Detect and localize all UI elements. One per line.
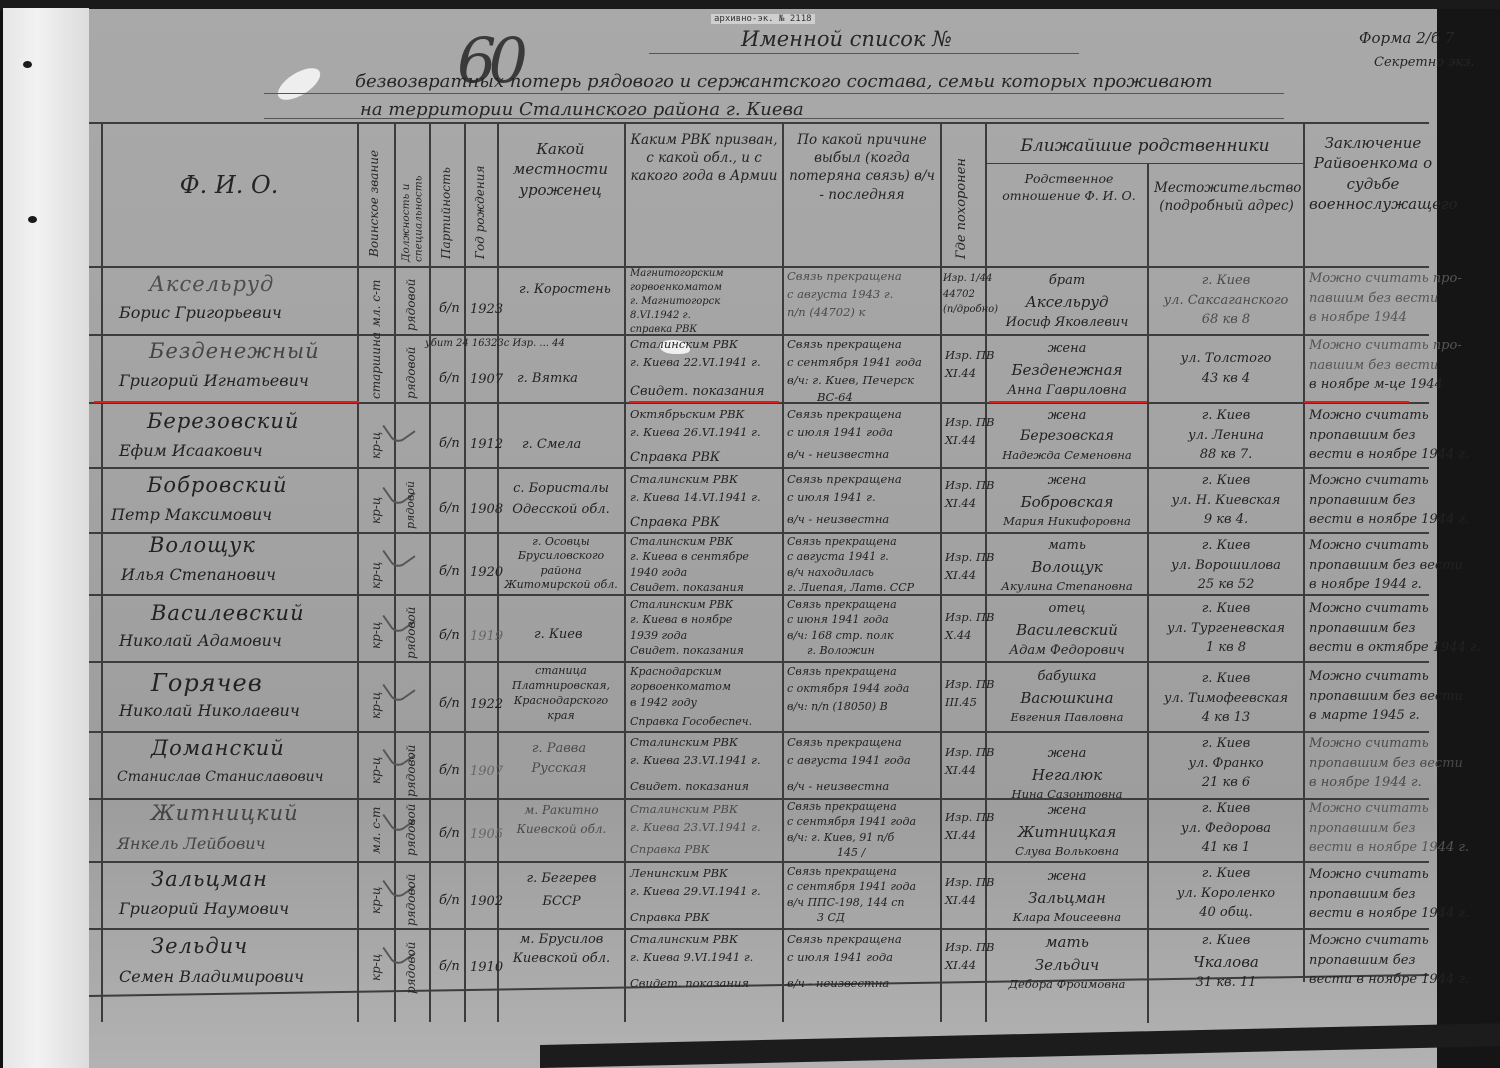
record-9-conclusion: Можно считатьпропавшим безвести в ноябре…	[1309, 799, 1469, 858]
record-4-party: б/п	[439, 499, 460, 519]
record-6-conscription: Сталинским РВКг. Киева в ноябре1939 года…	[630, 597, 744, 659]
col-border	[357, 122, 359, 1022]
header-conclusion: Заключение Райвоенкома о судьбе военносл…	[1309, 133, 1437, 214]
record-8-conclusion: Можно считатьпропавшим без вестив ноябре…	[1309, 734, 1463, 793]
record-8-conscription: Сталинским РВКг. Киева 23.VI.1941 г.Свид…	[630, 734, 761, 795]
record-5-party: б/п	[439, 562, 460, 582]
archive-stamp: архивно-эк. № 2118	[711, 14, 815, 24]
record-6-birth-year: 1919	[470, 627, 503, 647]
header-residence: Местожительство (подробный адрес)	[1154, 179, 1299, 215]
record-10-position: рядовой	[404, 871, 418, 926]
record-8-position: рядовой	[404, 737, 418, 797]
record-10-party: б/п	[439, 891, 460, 911]
record-6-relative: отецВасилевскийАдам Федорович	[987, 599, 1147, 661]
record-4-conscription: Сталинским РВКг. Киева 14.VI.1941 г.Спра…	[630, 471, 761, 533]
record-3-residence: г. Киевул. Ленина88 кв 7.	[1149, 406, 1303, 465]
record-5-conclusion: Можно считатьпропавшим без вестив ноябре…	[1309, 536, 1463, 595]
record-10-loss: Связь прекращенас сентября 1941 годав/ч …	[787, 864, 916, 926]
record-2-given-names: Григорий Игнатьевич	[119, 371, 309, 390]
record-2-conclusion: Можно считать про-павшим без вестив нояб…	[1309, 336, 1462, 395]
record-11-conscription: Сталинским РВКг. Киева 9.VI.1941 г.Свиде…	[630, 931, 753, 992]
record-8-birth-year: 1907	[470, 762, 503, 782]
record-6-residence: г. Киевул. Тургеневская1 кв 8	[1149, 599, 1303, 658]
header-relatives: Ближайшие родственники	[987, 135, 1303, 158]
record-1-birthplace: г. Коростень	[519, 280, 611, 300]
record-1-position: рядовой	[404, 271, 418, 331]
row-divider	[89, 861, 1429, 863]
record-8-relative: женаНегалюкНина Сазонтовна	[987, 744, 1147, 803]
record-10-conscription: Ленинским РВКг. Киева 29.VI.1941 г.Справ…	[630, 865, 761, 926]
record-6-birthplace: г. Киев	[534, 625, 583, 645]
record-11-birth-year: 1910	[470, 958, 503, 978]
record-1-residence: г. Киевул. Саксаганского68 кв 8	[1149, 271, 1303, 330]
record-11-given-names: Семен Владимирович	[119, 967, 304, 986]
record-6-party: б/п	[439, 626, 460, 646]
record-7-loss: Связь прекращенас октября 1944 годав/ч: …	[787, 664, 909, 716]
record-1-conclusion: Можно считать про-павшим без вестив нояб…	[1309, 269, 1462, 328]
highlight-underline-name	[94, 401, 359, 403]
ditto-checkmark-icon	[382, 412, 415, 445]
record-2-position: рядовой	[404, 337, 418, 399]
record-2-note: убит 24 16323с Изр. ... 44	[425, 336, 565, 352]
record-2-birthplace: г. Вятка	[517, 369, 578, 389]
document-title: Именной список №	[741, 27, 952, 51]
record-7-surname: Горячев	[151, 669, 263, 697]
record-3-conscription: Октябрьским РВКг. Киева 26.VI.1941 г.Спр…	[630, 406, 761, 468]
record-6-surname: Василевский	[151, 601, 305, 625]
record-10-birth-year: 1902	[470, 892, 503, 912]
table-top-border	[89, 122, 1429, 124]
record-11-position: рядовой	[404, 934, 418, 994]
record-11-relative: матьЗельдичДебора Фроимовна	[987, 931, 1147, 993]
col-border	[101, 122, 103, 1022]
record-4-conclusion: Можно считатьпропавшим безвести в ноябре…	[1309, 471, 1469, 530]
record-11-residence: г. КиевЧкалова31 кв. 11	[1149, 931, 1303, 993]
record-4-relative: женаБобровскаяМария Никифоровна	[987, 471, 1147, 530]
record-10-surname: Зальцман	[151, 867, 268, 891]
record-1-party: б/п	[439, 299, 460, 319]
header-conscription: Каким РВК призван, с какой обл., и с как…	[629, 131, 779, 186]
header-rank: Воинское звание	[367, 137, 381, 257]
record-2-rank: старшина	[369, 337, 383, 399]
record-9-residence: г. Киевул. Федорова41 кв 1	[1149, 799, 1303, 858]
record-10-given-names: Григорий Наумович	[119, 899, 289, 918]
highlight-underline-relative	[989, 401, 1147, 403]
record-10-residence: г. Киевул. Короленко40 общ.	[1149, 864, 1303, 923]
ditto-checkmark-icon	[382, 537, 415, 570]
punch-hole-icon	[23, 61, 32, 68]
record-8-birthplace: г. Равва Русская	[509, 739, 609, 778]
record-1-loss: Связь прекращенас августа 1943 г.п/п (44…	[787, 268, 902, 321]
record-3-relative: женаБерезовскаяНадежда Семеновна	[987, 406, 1147, 464]
record-3-rank: кр-ц	[369, 419, 383, 459]
record-1-rank: мл. с-т	[369, 277, 383, 327]
paper-tear	[273, 62, 325, 106]
record-10-conclusion: Можно считатьпропавшим безвести в ноябре…	[1309, 865, 1469, 924]
header-party: Партийность	[439, 134, 453, 259]
record-6-conclusion: Можно считатьпропавшим безвести в октябр…	[1309, 599, 1481, 658]
form-number: Форма 2/б 7	[1359, 29, 1454, 47]
col-border	[464, 122, 466, 1022]
record-5-loss: Связь прекращенас августа 1941 г.в/ч нах…	[787, 534, 914, 596]
highlight-underline-conscription	[629, 401, 779, 403]
record-1-relative: братАксельрудИосиф Яковлевич	[987, 271, 1147, 333]
document-subtitle-line1: безвозвратных потерь рядового и сержантс…	[355, 71, 1213, 92]
col-border	[782, 122, 784, 1022]
record-3-conclusion: Можно считатьпропавшим безвести в ноябре…	[1309, 406, 1469, 465]
header-fio: Ф. И. О.	[101, 169, 357, 201]
record-9-party: б/п	[439, 824, 460, 844]
record-9-surname: Житницкий	[151, 801, 299, 825]
record-4-residence: г. Киевул. Н. Киевская9 кв 4.	[1149, 471, 1303, 530]
record-1-conscription: Магнитогорскимгорвоенкоматомг. Магнитого…	[630, 267, 724, 337]
record-7-relative: бабушкаВасюшкинаЕвгения Павловна	[987, 667, 1147, 726]
record-3-birthplace: г. Смела	[522, 435, 581, 455]
subtitle-underline-2	[264, 118, 1284, 119]
col-border	[940, 122, 942, 1022]
record-9-position: рядовой	[404, 801, 418, 856]
record-11-rank: кр-ц	[369, 941, 383, 981]
row-divider	[89, 731, 1429, 733]
record-10-relative: женаЗальцманКлара Моисеевна	[987, 867, 1147, 926]
record-7-conclusion: Можно считатьпропавшим без вестив марте …	[1309, 667, 1463, 726]
record-6-given-names: Николай Адамович	[119, 631, 282, 650]
record-4-birth-year: 1908	[470, 500, 503, 520]
record-5-conscription: Сталинским РВКг. Киева в сентябре1940 го…	[630, 534, 749, 596]
header-birthplace: Какой местности уроженец	[503, 139, 618, 200]
record-5-surname: Волощук	[149, 533, 256, 557]
classification-mark: Секретно экз.	[1374, 55, 1475, 70]
record-6-rank: кр-ц	[369, 609, 383, 649]
record-7-rank: кр-ц	[369, 674, 383, 719]
header-position: Должность и специальность	[400, 127, 426, 262]
record-4-rank: кр-ц	[369, 484, 383, 524]
title-underline	[649, 53, 1079, 54]
record-9-loss: Связь прекращенас сентября 1941 годав/ч:…	[787, 799, 916, 861]
record-8-given-names: Станислав Станиславович	[117, 769, 323, 785]
record-6-loss: Связь прекращенас июня 1941 годав/ч: 168…	[787, 597, 897, 659]
record-4-position: рядовой	[404, 449, 417, 529]
binding-strip	[3, 8, 89, 1068]
record-2-loss: Связь прекращенас сентября 1941 годав/ч:…	[787, 336, 922, 407]
record-8-loss: Связь прекращенас августа 1941 годав/ч -…	[787, 734, 911, 795]
record-3-loss: Связь прекращенас июля 1941 годав/ч - не…	[787, 406, 902, 463]
record-5-given-names: Илья Степанович	[121, 565, 276, 584]
document-page: архивно-эк. № 2118 60 Именной список № б…	[89, 9, 1437, 1068]
record-7-party: б/п	[439, 694, 460, 714]
record-11-party: б/п	[439, 957, 460, 977]
record-11-birthplace: м. Брусилов Киевской обл.	[504, 931, 619, 969]
subtitle-underline-1	[264, 93, 1284, 94]
record-11-loss: Связь прекращенас июля 1941 годав/ч - не…	[787, 931, 902, 992]
record-10-rank: кр-ц	[369, 874, 383, 914]
document-subtitle-line2: на территории Сталинского района г. Киев…	[360, 99, 804, 120]
record-9-conscription: Сталинским РВКг. Киева 23.VI.1941 г.Спра…	[630, 801, 761, 858]
record-8-residence: г. Киевул. Франко21 кв 6	[1149, 734, 1303, 793]
record-3-given-names: Ефим Исаакович	[119, 441, 263, 460]
record-4-loss: Связь прекращенас июля 1941 г.в/ч - неиз…	[787, 471, 902, 528]
header-burial: Где похоронен	[954, 159, 970, 259]
record-1-birth-year: 1923	[470, 300, 503, 320]
record-8-surname: Доманский	[151, 736, 285, 760]
record-8-rank: кр-ц	[369, 744, 383, 784]
record-1-surname: Аксельруд	[149, 272, 274, 296]
record-9-given-names: Янкель Лейбович	[117, 834, 266, 853]
record-9-rank: мл. с-т	[369, 809, 383, 854]
punch-hole-icon	[28, 216, 37, 223]
record-4-given-names: Петр Максимович	[111, 505, 272, 524]
record-2-party: б/п	[439, 369, 460, 389]
record-3-party: б/п	[439, 434, 460, 454]
record-7-birthplace: станица Платнировская, Краснодарского кр…	[499, 664, 623, 723]
record-3-surname: Березовский	[147, 409, 299, 433]
record-5-birthplace: г. Осовцы Брусиловского района Житомирск…	[499, 535, 623, 592]
col-border	[429, 122, 431, 1022]
record-5-relative: матьВолощукАкулина Степановна	[987, 536, 1147, 595]
record-2-conscription: Сталинским РВКг. Киева 22.VI.1941 г.Свид…	[630, 336, 765, 402]
record-3-birth-year: 1912	[470, 435, 503, 455]
record-2-birth-year: 1907	[470, 370, 503, 390]
record-10-birthplace: г. Бегерев БССР	[514, 867, 609, 914]
header-loss-reason: По какой причине выбыл (когда потеряна с…	[787, 131, 937, 204]
col-border	[1303, 122, 1305, 982]
record-4-surname: Бобровский	[147, 473, 288, 497]
record-11-conclusion: Можно считатьпропавшим безвести в ноябре…	[1309, 931, 1469, 990]
record-9-relative: женаЖитницкаяСлува Вольковна	[987, 801, 1147, 860]
highlight-underline-conclusion	[1304, 401, 1409, 403]
record-4-birthplace: с. Бористалы Одесской обл.	[501, 479, 621, 521]
record-7-residence: г. Киевул. Тимофеевская4 кв 13	[1149, 669, 1303, 728]
row-divider	[89, 928, 1429, 930]
record-11-surname: Зельдич	[151, 934, 248, 958]
header-relation-fio: Родственное отношение Ф. И. О.	[994, 171, 1144, 205]
ditto-checkmark-icon	[382, 671, 415, 704]
header-birth-year: Год рождения	[473, 144, 487, 259]
record-6-position: рядовой	[404, 597, 418, 659]
row-divider	[89, 661, 1429, 663]
record-1-given-names: Борис Григорьевич	[119, 303, 282, 322]
record-9-birth-year: 1905	[470, 825, 503, 845]
record-5-residence: г. Киевул. Ворошилова25 кв 52	[1149, 536, 1303, 595]
record-7-given-names: Николай Николаевич	[119, 701, 300, 720]
record-2-surname: Безденежный	[149, 339, 320, 363]
record-7-conscription: Краснодарскимгорвоенкоматомв 1942 годуСп…	[630, 664, 752, 730]
header-bottom-border	[89, 266, 1429, 268]
record-5-rank: кр-ц	[369, 549, 383, 589]
record-2-relative: женаБезденежнаяАнна Гавриловна	[987, 339, 1147, 401]
record-8-party: б/п	[439, 761, 460, 781]
col-border	[624, 122, 626, 1022]
relatives-subheader-line	[987, 163, 1303, 164]
record-2-residence: ул. Толстого43 кв 4	[1149, 349, 1303, 388]
record-9-birthplace: м. Ракитно Киевской обл.	[504, 801, 619, 838]
